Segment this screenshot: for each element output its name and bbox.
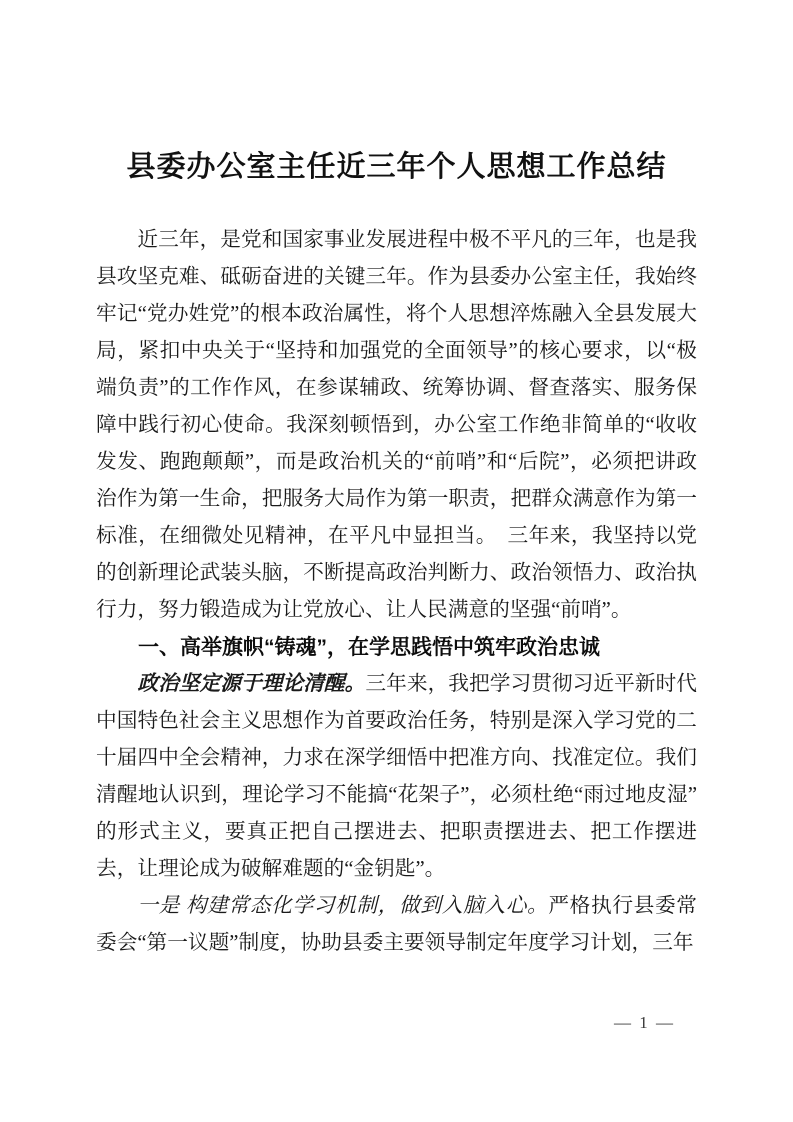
page-number: — 1 —	[614, 1012, 675, 1034]
paragraph-intro: 近三年，是党和国家事业发展进程中极不平凡的三年，也是我县攻坚克难、砥砺奋进的关键…	[96, 222, 697, 629]
section-heading-1: 一、高举旗帜“铸魂”，在学思践悟中筑牢政治忠诚	[96, 629, 697, 666]
document-title: 县委办公室主任近三年个人思想工作总结	[0, 0, 793, 187]
paragraph-mechanism: 一是 构建常态化学习机制，做到入脑入心。严格执行县委常委会“第一议题”制度，协助…	[96, 888, 697, 962]
document-body: 近三年，是党和国家事业发展进程中极不平凡的三年，也是我县攻坚克难、砥砺奋进的关键…	[96, 222, 697, 962]
paragraph-theory-lead: 政治坚定源于理论清醒。	[137, 673, 365, 695]
paragraph-theory: 政治坚定源于理论清醒。三年来，我把学习贯彻习近平新时代中国特色社会主义思想作为首…	[96, 666, 697, 888]
paragraph-intro-text: 近三年，是党和国家事业发展进程中极不平凡的三年，也是我县攻坚克难、砥砺奋进的关键…	[96, 229, 697, 621]
paragraph-mechanism-lead: 一是 构建常态化学习机制，做到入脑入心。	[137, 895, 548, 917]
section-heading-1-text: 一、高举旗帜“铸魂”，在学思践悟中筑牢政治忠诚	[138, 636, 600, 659]
paragraph-theory-text: 三年来，我把学习贯彻习近平新时代中国特色社会主义思想作为首要政治任务，特别是深入…	[96, 673, 697, 880]
document-page: 县委办公室主任近三年个人思想工作总结 近三年，是党和国家事业发展进程中极不平凡的…	[0, 0, 793, 1122]
